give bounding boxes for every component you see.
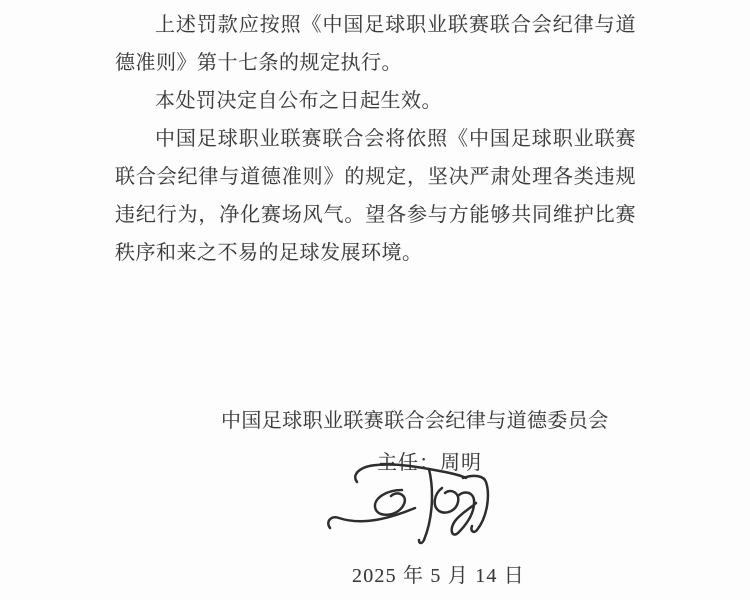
document-date: 2025 年 5 月 14 日 [352,559,525,588]
paragraph-effective-date: 本处罚决定自公布之日起生效。 [115,82,636,120]
issuing-organization: 中国足球职业联赛联合会纪律与道德委员会 [221,404,609,433]
document-body: 上述罚款应按照《中国足球职业联赛联合会纪律与道德准则》第十七条的规定执行。 本处… [115,6,636,272]
document-page: 上述罚款应按照《中国足球职业联赛联合会纪律与道德准则》第十七条的规定执行。 本处… [0,0,750,600]
paragraph-fine-execution: 上述罚款应按照《中国足球职业联赛联合会纪律与道德准则》第十七条的规定执行。 [115,6,636,82]
signature-strokes-icon [323,460,498,552]
paragraph-closing-statement: 中国足球职业联赛联合会将依照《中国足球职业联赛联合会纪律与道德准则》的规定，坚决… [115,120,636,272]
handwritten-signature [323,460,498,552]
